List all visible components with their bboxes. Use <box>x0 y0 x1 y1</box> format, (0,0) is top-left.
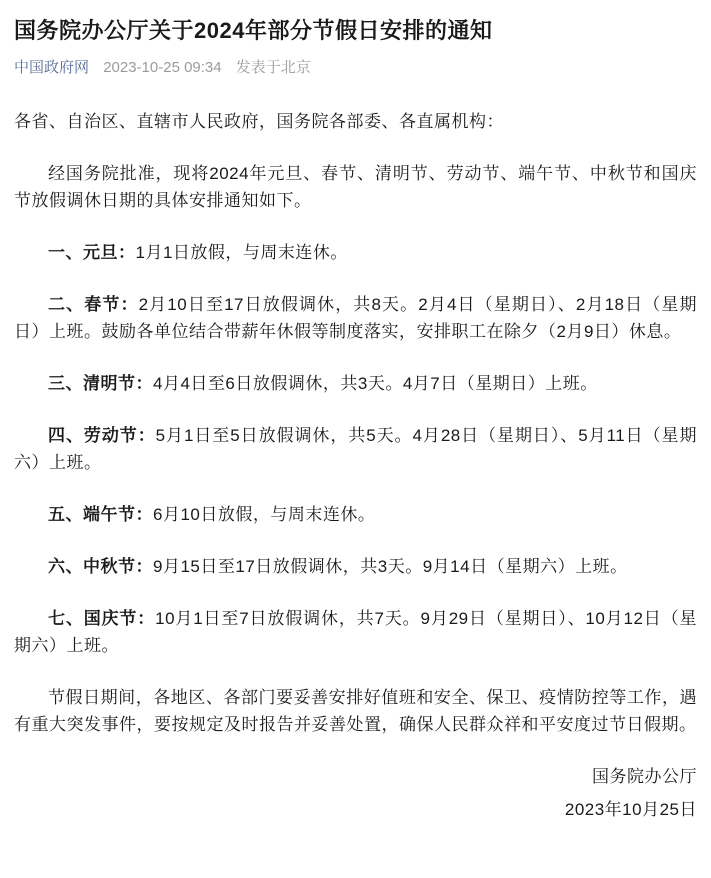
byline: 中国政府网 2023-10-25 09:34 发表于北京 <box>14 58 697 78</box>
holiday-item-label: 一、元旦： <box>48 243 136 262</box>
body-paragraph: 二、春节：2月10日至17日放假调休，共8天。2月4日（星期日）、2月18日（星… <box>14 291 697 345</box>
source-account-link[interactable]: 中国政府网 <box>14 59 89 76</box>
article-body: 各省、自治区、直辖市人民政府，国务院各部委、各直属机构：经国务院批准，现将202… <box>14 108 697 738</box>
body-paragraph: 四、劳动节：5月1日至5日放假调休，共5天。4月28日（星期日）、5月11日（星… <box>14 422 697 476</box>
holiday-item-label: 三、清明节： <box>48 374 153 393</box>
holiday-item-label: 六、中秋节： <box>48 557 153 576</box>
publish-location: 发表于北京 <box>236 59 311 76</box>
body-paragraph: 各省、自治区、直辖市人民政府，国务院各部委、各直属机构： <box>14 108 697 135</box>
holiday-item-label: 四、劳动节： <box>48 426 156 445</box>
body-paragraph: 经国务院批准，现将2024年元旦、春节、清明节、劳动节、端午节、中秋节和国庆节放… <box>14 160 697 214</box>
body-paragraph: 一、元旦：1月1日放假，与周末连休。 <box>14 239 697 266</box>
signature-office: 国务院办公厅 <box>14 763 697 790</box>
body-paragraph: 六、中秋节：9月15日至17日放假调休，共3天。9月14日（星期六）上班。 <box>14 553 697 580</box>
body-paragraph: 节假日期间，各地区、各部门要妥善安排好值班和安全、保卫、疫情防控等工作，遇有重大… <box>14 684 697 738</box>
holiday-item-label: 二、春节： <box>48 295 139 314</box>
holiday-item-label: 七、国庆节： <box>48 609 155 628</box>
body-paragraph: 三、清明节：4月4日至6日放假调休，共3天。4月7日（星期日）上班。 <box>14 370 697 397</box>
publish-datetime: 2023-10-25 09:34 <box>103 59 221 76</box>
body-paragraph: 五、端午节：6月10日放假，与周末连休。 <box>14 501 697 528</box>
signature-date: 2023年10月25日 <box>14 796 697 823</box>
page-title: 国务院办公厅关于2024年部分节假日安排的通知 <box>14 16 697 46</box>
article-page: 国务院办公厅关于2024年部分节假日安排的通知 中国政府网 2023-10-25… <box>0 0 711 823</box>
body-paragraph: 七、国庆节：10月1日至7日放假调休，共7天。9月29日（星期日）、10月12日… <box>14 605 697 659</box>
holiday-item-label: 五、端午节： <box>48 505 153 524</box>
